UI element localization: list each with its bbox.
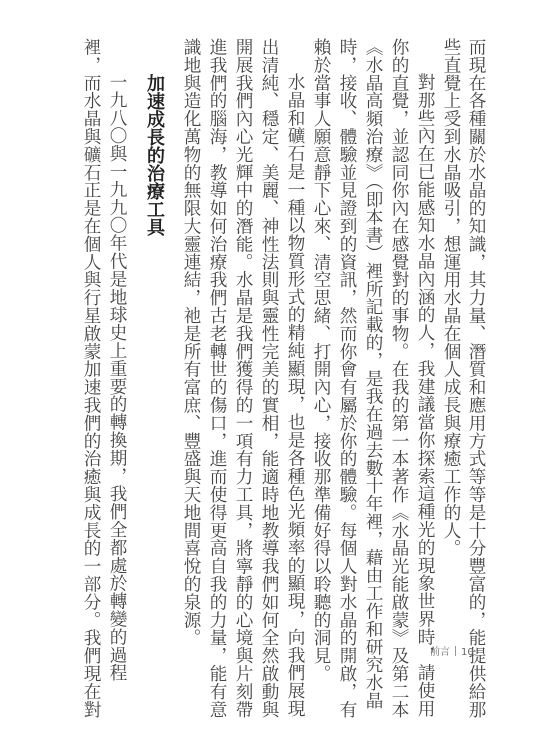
text-column-3: 對那些內在已能感知水晶內涵的人，我建議當你探索這種光的現象世界時，請使用: [414, 73, 436, 717]
book-page: 而現在各種關於水晶的知識，其力量、潛質和應用方式等等是十分豐富的，能提供給那 些…: [0, 0, 546, 733]
text-column-10: 開展我們內心光輝中的潛能。水晶是我們獲得的一項有力工具，將寧靜的心境與片刻帶: [232, 38, 254, 718]
text-column-12: 識地與造化萬物的無限大靈連結，祂是所有富庶、豐盛與天地間喜悅的泉源。: [180, 38, 202, 647]
page-footer: 前言10: [430, 643, 474, 658]
text-column-8: 水晶和礦石是一種以物質形式的精純顯現，也是各種色光頻率的顯現，向我們展現: [284, 73, 306, 717]
text-column-1: 而現在各種關於水晶的知識，其力量、潛質和應用方式等等是十分豐富的，能提供給那: [465, 38, 487, 718]
text-column-13: 一九八〇與一九九〇年代是地球史上重要的轉換期，我們全都處於轉變的過程: [106, 73, 128, 682]
text-column-7: 賴於當事人願意靜下心來、清空思緒、打開內心，接收那準備好得以聆聽的洞見。: [310, 38, 332, 682]
footer-divider: [455, 646, 456, 656]
text-column-4: 你的直覺，並認同你內在感覺對的事物。在我的第一本著作《水晶光能啟蒙》及第二本: [388, 38, 410, 718]
text-column-2: 些直覺上受到水晶吸引，想運用水晶在個人成長與療癒工作的人。: [440, 38, 462, 557]
text-column-9: 出清純、穩定、美麗、神性法則與靈性完美的實相，能適時地教導我們如何全然啟動與: [258, 38, 280, 718]
text-column-5: 《水晶高頻治療》（即本書）裡所記載的，是我在過去數十年裡，藉由工作和研究水晶: [362, 38, 384, 709]
footer-section-label: 前言: [430, 647, 450, 658]
text-column-14: 裡，而水晶與礦石正是在個人與行星啟蒙加速我們的治癒與成長的一部分。我們現在對: [80, 38, 102, 718]
section-heading: 加速成長的治療工具: [143, 74, 165, 236]
text-column-11: 進我們的腦海，教導如何治療我們古老轉世的傷口，進而使得更高自我的力量，能有意: [206, 38, 228, 718]
page-number: 10: [461, 647, 474, 658]
text-column-6: 時，接收、體驗並見證到的資訊，然而你會有屬於你的體驗。每個人對水晶的開啟，有: [336, 38, 358, 718]
